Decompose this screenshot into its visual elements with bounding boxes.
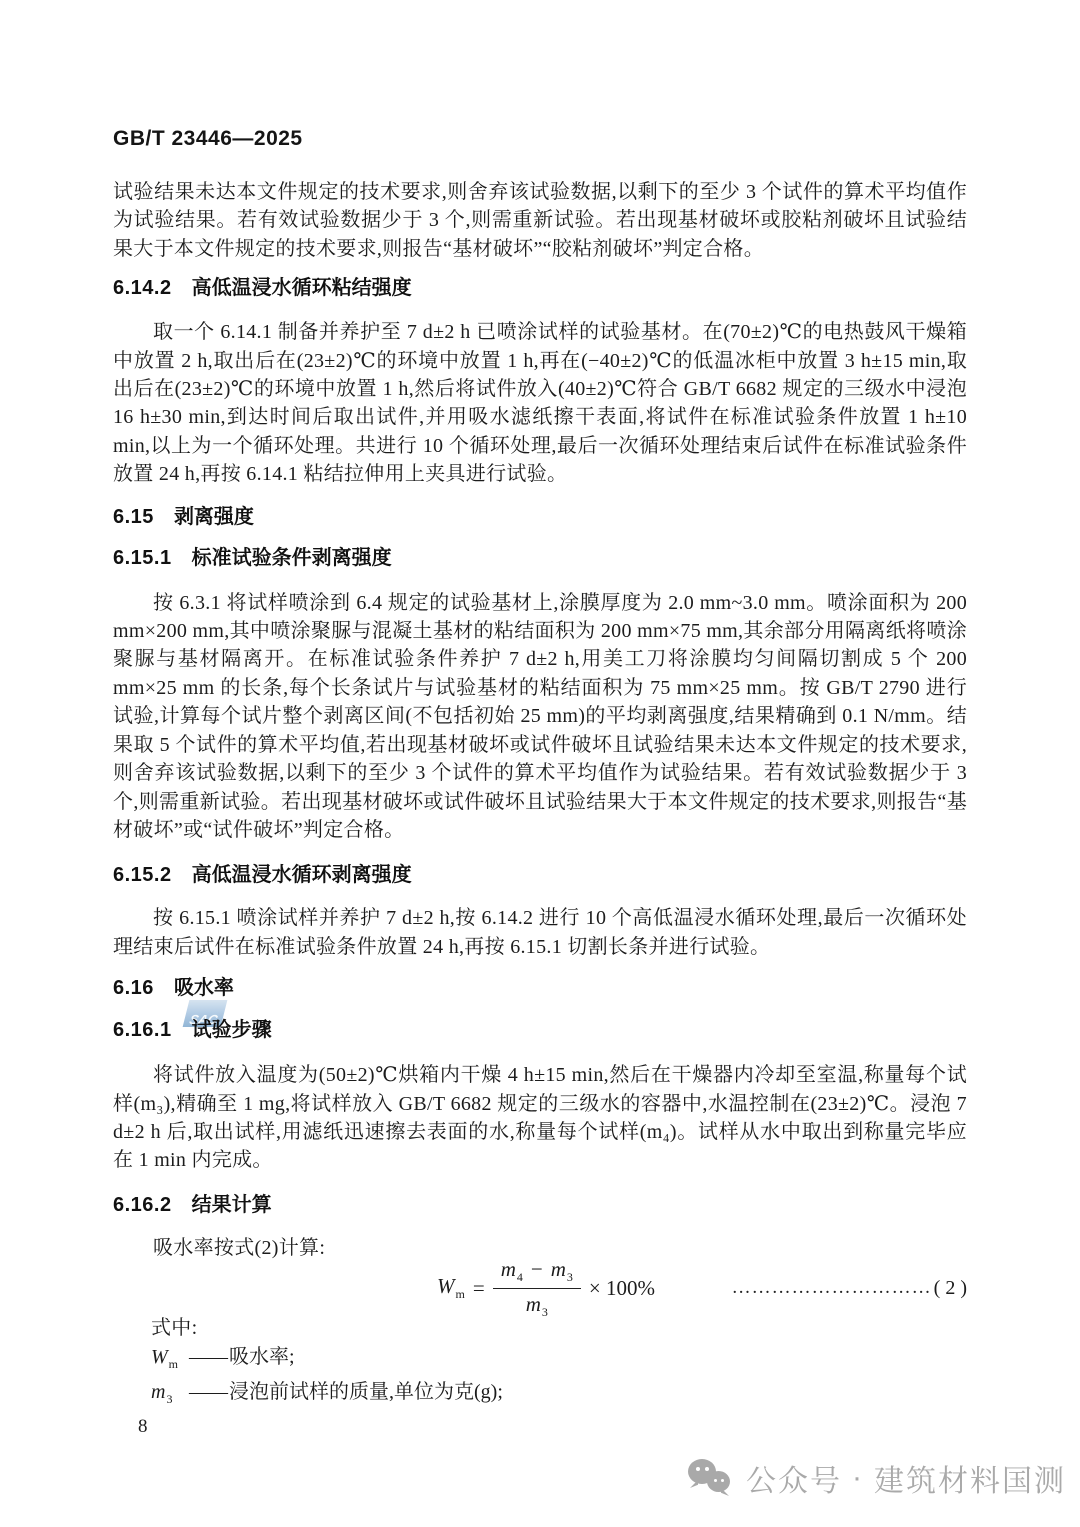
section-number: 6.15.2 [113,861,172,889]
page-content: GB/T 23446—2025 试验结果未达本文件规定的技术要求,则舍弃该试验数… [0,127,1080,1442]
fraction-numerator: m4−m3 [493,1257,581,1289]
formula-lhs-variable: Wm [437,1274,465,1302]
equation-number: ( 2 ) [934,1277,967,1300]
definition-dash: —— [189,1343,227,1371]
symbol-description: 浸泡前试样的质量,单位为克(g); [229,1378,503,1406]
section-title: 试验步骤 [192,1016,272,1044]
running-header-doc-code: GB/T 23446—2025 [113,127,967,151]
footer-account-label: 公众号 [746,1456,842,1500]
section-title: 结果计算 [192,1191,272,1219]
section-heading-6-15-2: 6.15.2 高低温浸水循环剥离强度 [113,861,967,889]
section-title: 吸水率 [174,974,234,1002]
footer-account-name: 建筑材料国测 [874,1456,1066,1500]
section-heading-6-16-1: 6.16.1 试验步骤 [113,1016,967,1044]
symbol-m3: m3 [151,1378,189,1413]
fraction-denominator: m3 [493,1289,581,1320]
section-number: 6.16.1 [113,1016,172,1044]
paragraph-6-16-1: 将试件放入温度为(50±2)℃烘箱内干燥 4 h±15 min,然后在干燥器内冷… [113,1061,967,1175]
minus-sign: − [531,1257,543,1281]
section-heading-6-15: 6.15 剥离强度 [113,503,967,531]
section-number: 6.16 [113,974,154,1002]
paragraph-6-15-2: 按 6.15.1 喷涂试样并养护 7 d±2 h,按 6.14.2 进行 10 … [113,904,967,961]
wechat-icon [688,1457,736,1499]
section-title: 高低温浸水循环剥离强度 [192,861,412,889]
dotted-leader: ………………………… [732,1277,932,1299]
section-title: 标准试验条件剥离强度 [192,544,392,572]
paragraph-intro: 试验结果未达本文件规定的技术要求,则舍弃该试验数据,以剩下的至少 3 个试件的算… [113,178,967,263]
formula-absorption-rate: Wm = m4−m3 m3 × 100% ………………………… ( 2 ) [113,1262,967,1314]
formula-fraction: m4−m3 m3 [493,1257,581,1320]
equals-sign: = [473,1276,485,1301]
multiplier-text: × 100% [589,1276,655,1301]
symbol-definition-row-wm: Wm —— 吸水率; [113,1343,967,1378]
symbol-description: 吸水率; [229,1343,295,1371]
formula-expression: Wm = m4−m3 m3 × 100% [437,1257,663,1320]
section-title: 剥离强度 [174,503,254,531]
section-title: 高低温浸水循环粘结强度 [192,274,412,302]
section-number: 6.15.1 [113,544,172,572]
document-page: SAC GB/T 23446—2025 试验结果未达本文件规定的技术要求,则舍弃… [0,0,1080,1527]
section-number: 6.14.2 [113,274,172,302]
definition-dash: —— [189,1378,227,1406]
footer-watermark: 公众号 · 建筑材料国测 [688,1456,1066,1500]
page-number: 8 [113,1413,967,1441]
paragraph-6-15-1: 按 6.3.1 将试样喷涂到 6.4 规定的试验基材上,涂膜厚度为 2.0 mm… [113,589,967,845]
paragraph-6-14-2: 取一个 6.14.1 制备并养护至 7 d±2 h 已喷涂试样的试验基材。在(7… [113,318,967,488]
footer-separator: · [852,1461,864,1495]
symbol-wm: Wm [151,1343,189,1378]
section-heading-6-16-2: 6.16.2 结果计算 [113,1191,967,1219]
section-heading-6-15-1: 6.15.1 标准试验条件剥离强度 [113,544,967,572]
section-number: 6.15 [113,503,154,531]
symbol-definition-row-m3: m3 —— 浸泡前试样的质量,单位为克(g); [113,1378,967,1413]
section-heading-6-16: 6.16 吸水率 [113,974,967,1002]
formula-lhs-subscript: m [456,1287,465,1301]
section-heading-6-14-2: 6.14.2 高低温浸水循环粘结强度 [113,274,967,302]
section-number: 6.16.2 [113,1191,172,1219]
